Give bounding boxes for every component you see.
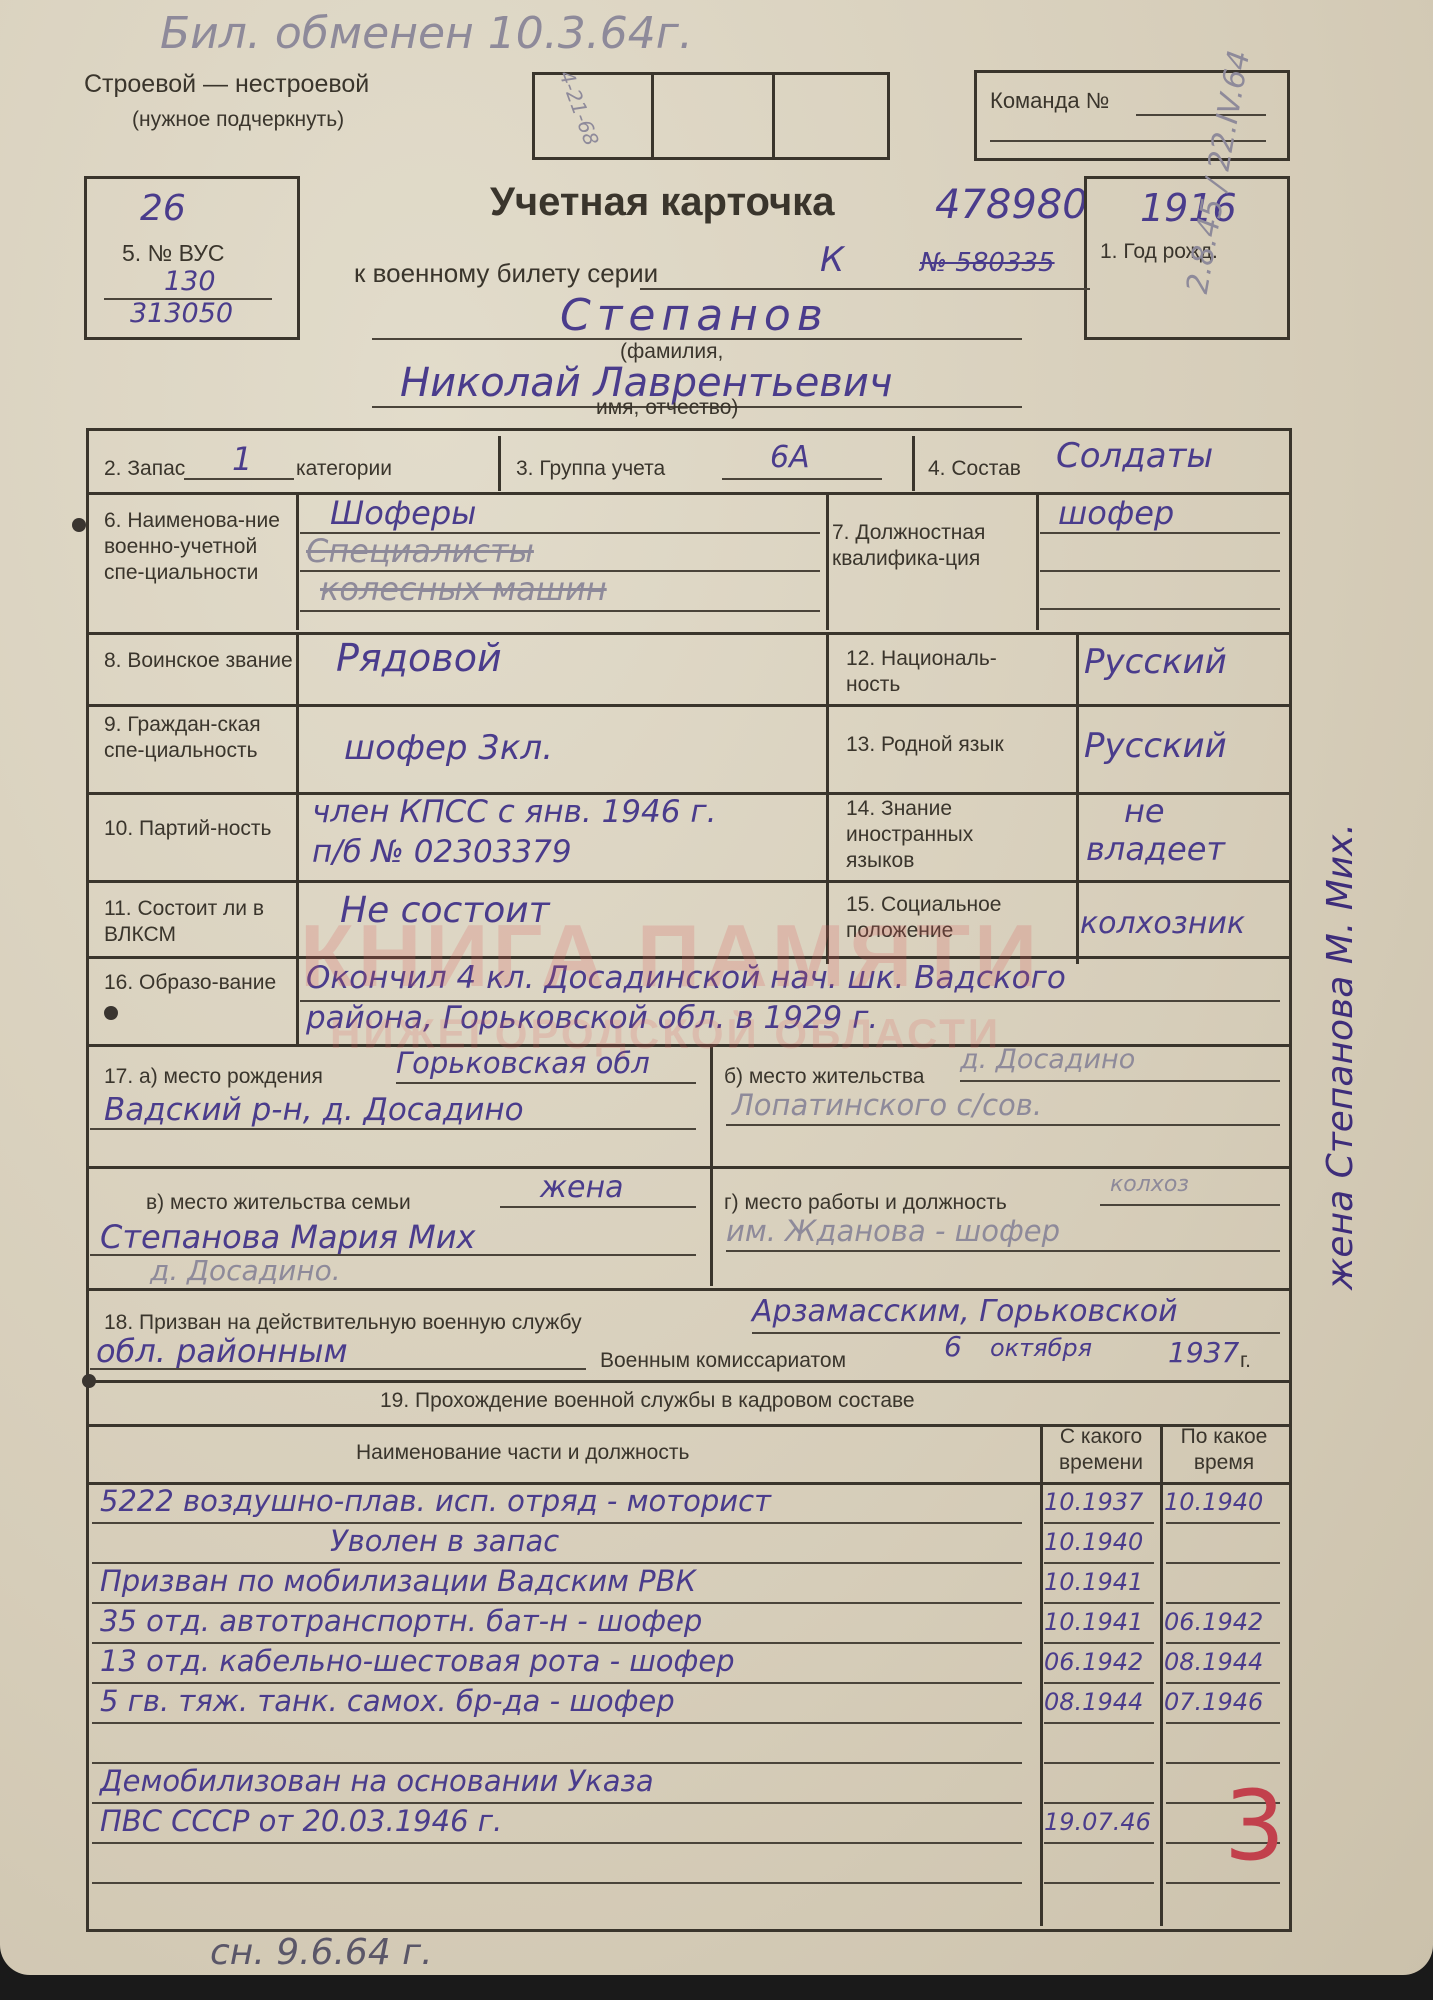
work-label: г) место работы и должность: [724, 1190, 1007, 1216]
cell-divider: [1076, 634, 1079, 964]
service-row-line: [1044, 1642, 1154, 1644]
entry-line: [960, 1080, 1280, 1082]
vus-label: 5. № ВУС: [122, 240, 224, 267]
service-row-to: 08.1944: [1164, 1648, 1263, 1676]
service-row-from: 10.1941: [1044, 1608, 1143, 1636]
service-row-unit: ПВС СССР от 20.03.1946 г.: [100, 1804, 502, 1838]
vus-top-value: 26: [140, 188, 186, 229]
service-row-line: [1044, 1602, 1154, 1604]
service-row-unit: 35 отд. автотранспортн. бат-н - шофер: [100, 1604, 702, 1638]
nation-label: 12. Националь-ность: [846, 646, 1026, 698]
zvanie-label: 8. Воинское звание: [104, 648, 294, 674]
registration-card: Бил. обменен 10.3.64г. Строевой — нестро…: [0, 0, 1433, 1975]
pin-hole: [104, 1006, 118, 1020]
service-row-line: [1044, 1522, 1154, 1524]
ticket-number-value: № 580335: [920, 248, 1055, 278]
col-from-header: С какого времени: [1046, 1424, 1156, 1476]
party-value-2: п/б № 02303379: [312, 834, 572, 870]
watermark-subtitle: НИЖЕГОРОДСКОЙ ОБЛАСТИ: [330, 1010, 1001, 1058]
service-row-line: [1044, 1762, 1154, 1764]
gruppa-value: 6А: [770, 440, 810, 475]
service-row-line: [92, 1722, 1022, 1724]
row-divider: [86, 1380, 1289, 1383]
service-row-from: 10.1937: [1044, 1488, 1143, 1516]
nation-value: Русский: [1084, 642, 1227, 682]
col-unit-header: Наименование части и должность: [356, 1440, 689, 1466]
surname-value: Степанов: [560, 290, 829, 341]
watermark: КНИГА ПАМЯТИ: [300, 905, 1041, 1007]
row-divider: [86, 1288, 1289, 1291]
pin-hole: [82, 1374, 96, 1388]
foreign-value-2: владеет: [1086, 830, 1225, 868]
sostav-label: 4. Состав: [928, 456, 1021, 482]
pin-hole: [72, 518, 86, 532]
birthplace-value-2: Вадский р-н, д. Досадино: [104, 1092, 524, 1128]
work-value-2: им. Жданова - шофер: [726, 1214, 1060, 1248]
service-row-line: [1044, 1722, 1154, 1724]
row-divider: [86, 704, 1289, 707]
family-value-3: д. Досадино.: [150, 1254, 341, 1287]
family-value-1: жена: [540, 1170, 623, 1205]
vus-code: 313050: [130, 298, 233, 329]
service-row-unit: 13 отд. кабельно-шестовая рота - шофер: [100, 1644, 735, 1678]
entry-line: [1040, 608, 1280, 610]
birthplace-label: 17. а) место рождения: [104, 1064, 323, 1090]
service-row-line: [1166, 1602, 1280, 1604]
card-number: 478980: [935, 182, 1088, 228]
service-row-to: 10.1940: [1164, 1488, 1263, 1516]
service-row-from: 08.1944: [1044, 1688, 1143, 1716]
dolzh-value: шофер: [1058, 494, 1174, 532]
stamp-cell-divider: [772, 75, 775, 157]
vus-name-crossed-2: колесных машин: [320, 570, 607, 608]
zvanie-value: Рядовой: [336, 636, 502, 680]
stroevoi-hint: (нужное подчеркнуть): [132, 108, 344, 132]
zapas-suffix: категории: [296, 456, 392, 482]
residence-value-2: Лопатинского с/сов.: [732, 1088, 1042, 1122]
lang-value: Русский: [1084, 726, 1227, 766]
col-to-header: По какое время: [1164, 1424, 1284, 1476]
ticket-series-label: к военному билету серии: [354, 258, 658, 289]
party-value-1: член КПСС с янв. 1946 г.: [312, 794, 716, 830]
vus-name-crossed-1: Специалисты: [306, 532, 534, 570]
side-margin-note: жена Степанова М. Мих.: [1320, 823, 1361, 1290]
bottom-margin-note: сн. 9.6.64 г.: [210, 1932, 433, 1973]
service-row-from: 19.07.46: [1044, 1808, 1151, 1836]
service-row-line: [1044, 1882, 1154, 1884]
party-label: 10. Партий-ность: [104, 816, 294, 842]
service-section-title: 19. Прохождение военной службы в кадрово…: [380, 1388, 915, 1414]
commissariat-label: Военным комиссариатом: [600, 1348, 846, 1374]
entry-line: [1040, 532, 1280, 534]
grazhd-label: 9. Граждан-ская спе-циальность: [104, 712, 294, 764]
cell-divider: [1036, 494, 1039, 630]
work-value-1: колхоз: [1110, 1172, 1189, 1197]
komanda-label: Команда №: [990, 88, 1109, 114]
service-row-line: [1166, 1762, 1280, 1764]
cell-divider: [296, 494, 299, 630]
red-mark: 3: [1224, 1770, 1285, 1882]
gruppa-label: 3. Группа учета: [516, 456, 665, 482]
family-label: в) место жительства семьи: [146, 1190, 411, 1216]
entry-line: [1100, 1204, 1280, 1206]
ticket-exchanged-note: Бил. обменен 10.3.64г.: [160, 8, 693, 59]
vus-name-value: Шоферы: [330, 494, 476, 532]
entry-line: [500, 1206, 696, 1208]
service-row-unit: 5222 воздушно-плав. исп. отряд - моторис…: [100, 1484, 771, 1518]
service-row-unit: 5 гв. тяж. танк. самох. бр-да - шофер: [100, 1684, 675, 1718]
service-row-line: [1166, 1522, 1280, 1524]
grazhd-value: шофер 3кл.: [344, 728, 553, 768]
residence-label: б) место жительства: [724, 1064, 924, 1090]
called-value-2: обл. районным: [96, 1332, 348, 1370]
entry-line: [90, 1368, 586, 1370]
service-row-line: [92, 1842, 1022, 1844]
cell-divider: [296, 634, 299, 1044]
service-row-line: [1044, 1842, 1154, 1844]
name-label: имя, отчество): [596, 396, 738, 420]
service-row-from: 10.1941: [1044, 1568, 1143, 1596]
service-row-to: 07.1946: [1164, 1688, 1263, 1716]
dolzh-label: 7. Должностная квалифика-ция: [832, 520, 1032, 572]
service-row-line: [1166, 1642, 1280, 1644]
row-divider: [86, 1166, 1289, 1169]
entry-line: [90, 1128, 696, 1130]
entry-line: [396, 1082, 696, 1084]
family-value-2: Степанова Мария Мих: [100, 1218, 475, 1256]
stamp-cell-divider: [651, 75, 654, 157]
cell-divider: [912, 436, 915, 491]
service-row-to: 06.1942: [1164, 1608, 1263, 1636]
entry-line: [300, 610, 820, 612]
service-row-unit: Демобилизован на основании Указа: [100, 1764, 654, 1798]
entry-line: [1040, 570, 1280, 572]
row-divider: [86, 632, 1289, 635]
service-row-line: [92, 1882, 1022, 1884]
card-title: Учетная карточка: [490, 180, 834, 225]
called-year: 1937: [1168, 1336, 1239, 1369]
vlksm-label: 11. Состоит ли в ВЛКСМ: [104, 896, 294, 948]
called-month: октября: [990, 1334, 1092, 1362]
vus-name-label: 6. Наименова-ние военно-учетной спе-циал…: [104, 508, 294, 586]
entry-line: [726, 1124, 1280, 1126]
cell-divider: [826, 494, 829, 630]
sostav-value: Солдаты: [1056, 436, 1213, 476]
vus-value: 130: [164, 266, 216, 297]
service-row-line: [1166, 1682, 1280, 1684]
foreign-value-1: не: [1124, 792, 1165, 830]
service-row-line: [1044, 1682, 1154, 1684]
stroevoi-label: Строевой — нестроевой: [84, 70, 369, 99]
called-day: 6: [944, 1330, 962, 1363]
service-row-from: 06.1942: [1044, 1648, 1143, 1676]
zapas-value: 1: [232, 440, 252, 478]
edu-label: 16. Образо-вание: [104, 970, 294, 996]
service-row-line: [1166, 1562, 1280, 1564]
service-row-line: [1166, 1722, 1280, 1724]
social-value: колхозник: [1080, 906, 1245, 941]
service-row-from: 10.1940: [1044, 1528, 1143, 1556]
cell-divider: [498, 436, 501, 491]
service-row-line: [1044, 1802, 1154, 1804]
foreign-label: 14. Знание иностранных языков: [846, 796, 1026, 874]
ticket-series-value: К: [820, 240, 844, 280]
row-divider: [86, 880, 1289, 883]
zapas-label: 2. Запас: [104, 456, 185, 482]
year-suffix: г.: [1240, 1348, 1251, 1374]
service-row-unit: Уволен в запас: [330, 1524, 559, 1558]
col-divider: [1040, 1426, 1043, 1926]
entry-line: [726, 1250, 1280, 1252]
service-row-line: [1166, 1882, 1280, 1884]
lang-label: 13. Родной язык: [846, 732, 1004, 758]
called-value-1: Арзамасским, Горьковской: [752, 1294, 1178, 1329]
service-row-unit: Призван по мобилизации Вадским РВК: [100, 1564, 696, 1598]
gruppa-line: [722, 478, 882, 480]
zapas-line: [184, 478, 294, 480]
col-divider: [1160, 1426, 1163, 1926]
service-row-line: [1044, 1562, 1154, 1564]
